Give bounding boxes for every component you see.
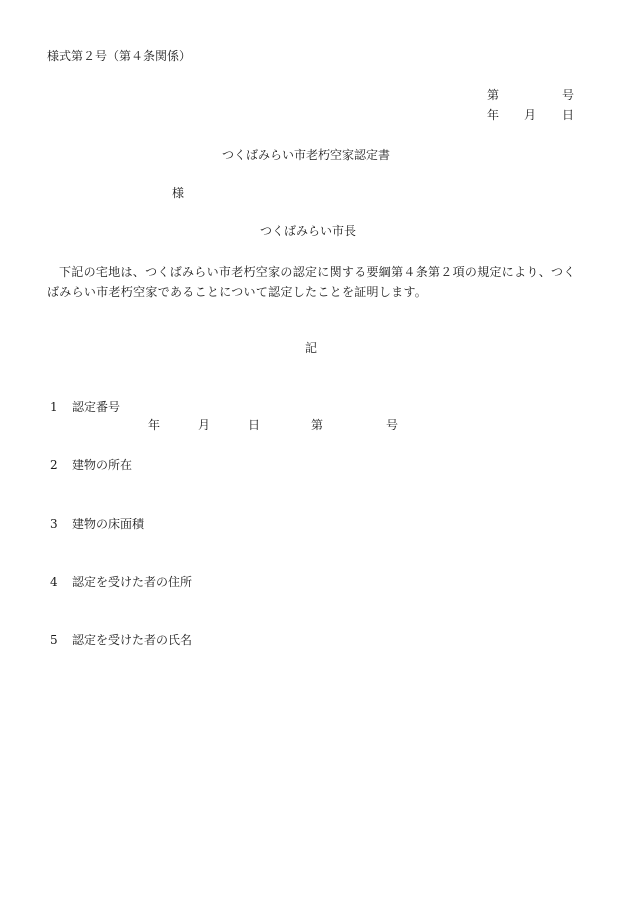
issuer: つくばみらい市長 <box>260 225 356 237</box>
form-label: 様式第２号（第４条関係） <box>47 50 191 62</box>
header-date-year: 年 <box>487 109 499 121</box>
cert-year: 年 <box>148 419 160 431</box>
item-2-number: 2 <box>50 459 58 471</box>
item-5-label: 認定を受けた者の氏名 <box>72 634 192 646</box>
document-title: つくばみらい市老朽空家認定書 <box>222 149 390 161</box>
ki-heading: 記 <box>305 342 317 354</box>
item-1-number: 1 <box>50 401 58 413</box>
cert-go: 号 <box>386 419 398 431</box>
item-3-label: 建物の床面積 <box>72 518 144 530</box>
item-4-label: 認定を受けた者の住所 <box>72 576 192 588</box>
cert-day: 日 <box>248 419 260 431</box>
item-5-number: 5 <box>50 634 58 646</box>
item-4-number: 4 <box>50 576 58 588</box>
header-date-month: 月 <box>524 109 536 121</box>
header-no-go: 号 <box>562 89 574 101</box>
cert-dai: 第 <box>311 419 323 431</box>
item-2-label: 建物の所在 <box>72 459 132 471</box>
cert-month: 月 <box>198 419 210 431</box>
item-1-label: 認定番号 <box>72 401 120 413</box>
header-date-day: 日 <box>562 109 574 121</box>
body-paragraph: 下記の宅地は、つくばみらい市老朽空家の認定に関する要綱第４条第２項の規定により、… <box>47 262 577 302</box>
recipient-suffix: 様 <box>172 187 184 199</box>
item-3-number: 3 <box>50 518 58 530</box>
header-no-dai: 第 <box>487 89 499 101</box>
